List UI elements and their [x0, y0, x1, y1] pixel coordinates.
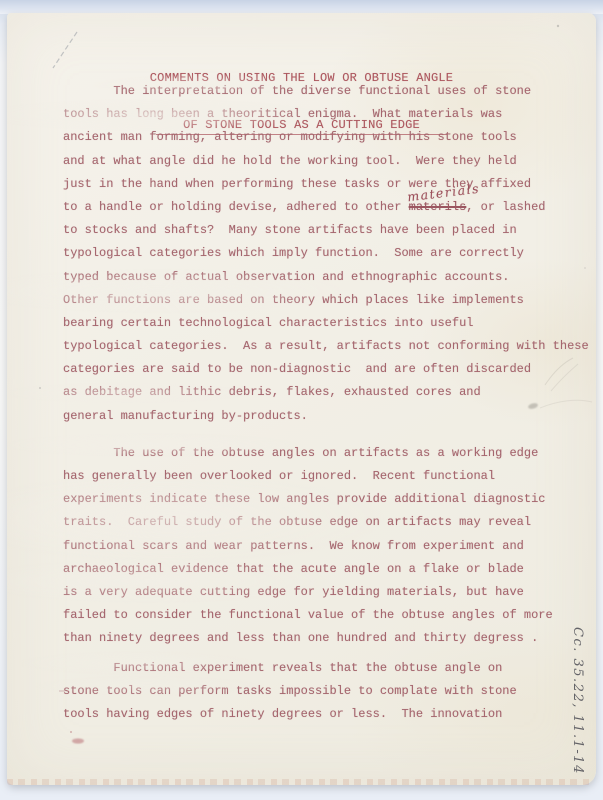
typewritten-line: typed because of actual observation and … [63, 266, 596, 289]
document-page: COMMENTS ON USING THE LOW OR OBTUSE ANGL… [7, 13, 596, 785]
typewritten-line: has generally been overlooked or ignored… [63, 465, 596, 488]
typewritten-line: bearing certain technological characteri… [63, 312, 596, 335]
margin-note-handwritten: Cc. 35.22, 11.1-14 [570, 627, 585, 775]
struck-word: materilsmaterials [409, 200, 467, 214]
typewritten-line: to stocks and shafts? Many stone artifac… [63, 219, 596, 242]
typewritten-line: experiments indicate these low angles pr… [63, 488, 596, 511]
paragraph: Functional experiment reveals that the o… [63, 657, 596, 727]
paragraph: The use of the obtuse angles on artifact… [63, 442, 596, 651]
typewritten-line: tools has long been a theoritical enigma… [63, 103, 596, 126]
typewritten-line: archaeological evidence that the acute a… [63, 558, 596, 581]
typewritten-line: is a very adequate cutting edge for yiel… [63, 581, 596, 604]
typewritten-line: Functional experiment reveals that the o… [63, 657, 596, 680]
typewritten-line: than ninety degrees and less than one hu… [63, 627, 596, 650]
typewritten-line: The use of the obtuse angles on artifact… [63, 442, 596, 465]
scanner-background-top [0, 0, 603, 14]
typewritten-line: ancient man forming, altering or modifyi… [63, 126, 596, 149]
typewritten-line: Other functions are based on theory whic… [63, 289, 596, 312]
typewritten-line: typological categories. As a result, art… [63, 335, 596, 358]
typewritten-line: typological categories which imply funct… [63, 242, 596, 265]
document-body: The interpretation of the diverse functi… [63, 80, 596, 726]
typewritten-line: general manufacturing by-products. [63, 405, 596, 428]
paragraph: The interpretation of the diverse functi… [63, 80, 596, 428]
pencil-speck [39, 387, 41, 389]
ink-speck [70, 731, 72, 733]
typewritten-line: categories are said to be non-diagnostic… [63, 358, 596, 381]
paper-deckle-edge [7, 779, 594, 785]
typewritten-line: functional scars and wear patterns. We k… [63, 535, 596, 558]
typewritten-line: just in the hand when performing these t… [63, 173, 596, 196]
typewritten-line: failed to consider the functional value … [63, 604, 596, 627]
ink-smudge [72, 738, 84, 743]
typewritten-line: to a handle or holding devise, adhered t… [63, 196, 596, 219]
typewritten-line: traits. Careful study of the obtuse edge… [63, 511, 596, 534]
typewritten-line: as debitage and lithic debris, flakes, e… [63, 381, 596, 404]
line-prefix: to a handle or holding devise, adhered t… [63, 200, 409, 214]
line-suffix: , or lashed [466, 200, 545, 214]
typewritten-line: stone tools can perform tasks impossible… [63, 680, 596, 703]
typewritten-line: tools having edges of ninety degrees or … [63, 703, 596, 726]
pencil-speck [557, 25, 559, 27]
typewritten-line: and at what angle did he hold the workin… [63, 150, 596, 173]
typewritten-line: The interpretation of the diverse functi… [63, 80, 596, 103]
